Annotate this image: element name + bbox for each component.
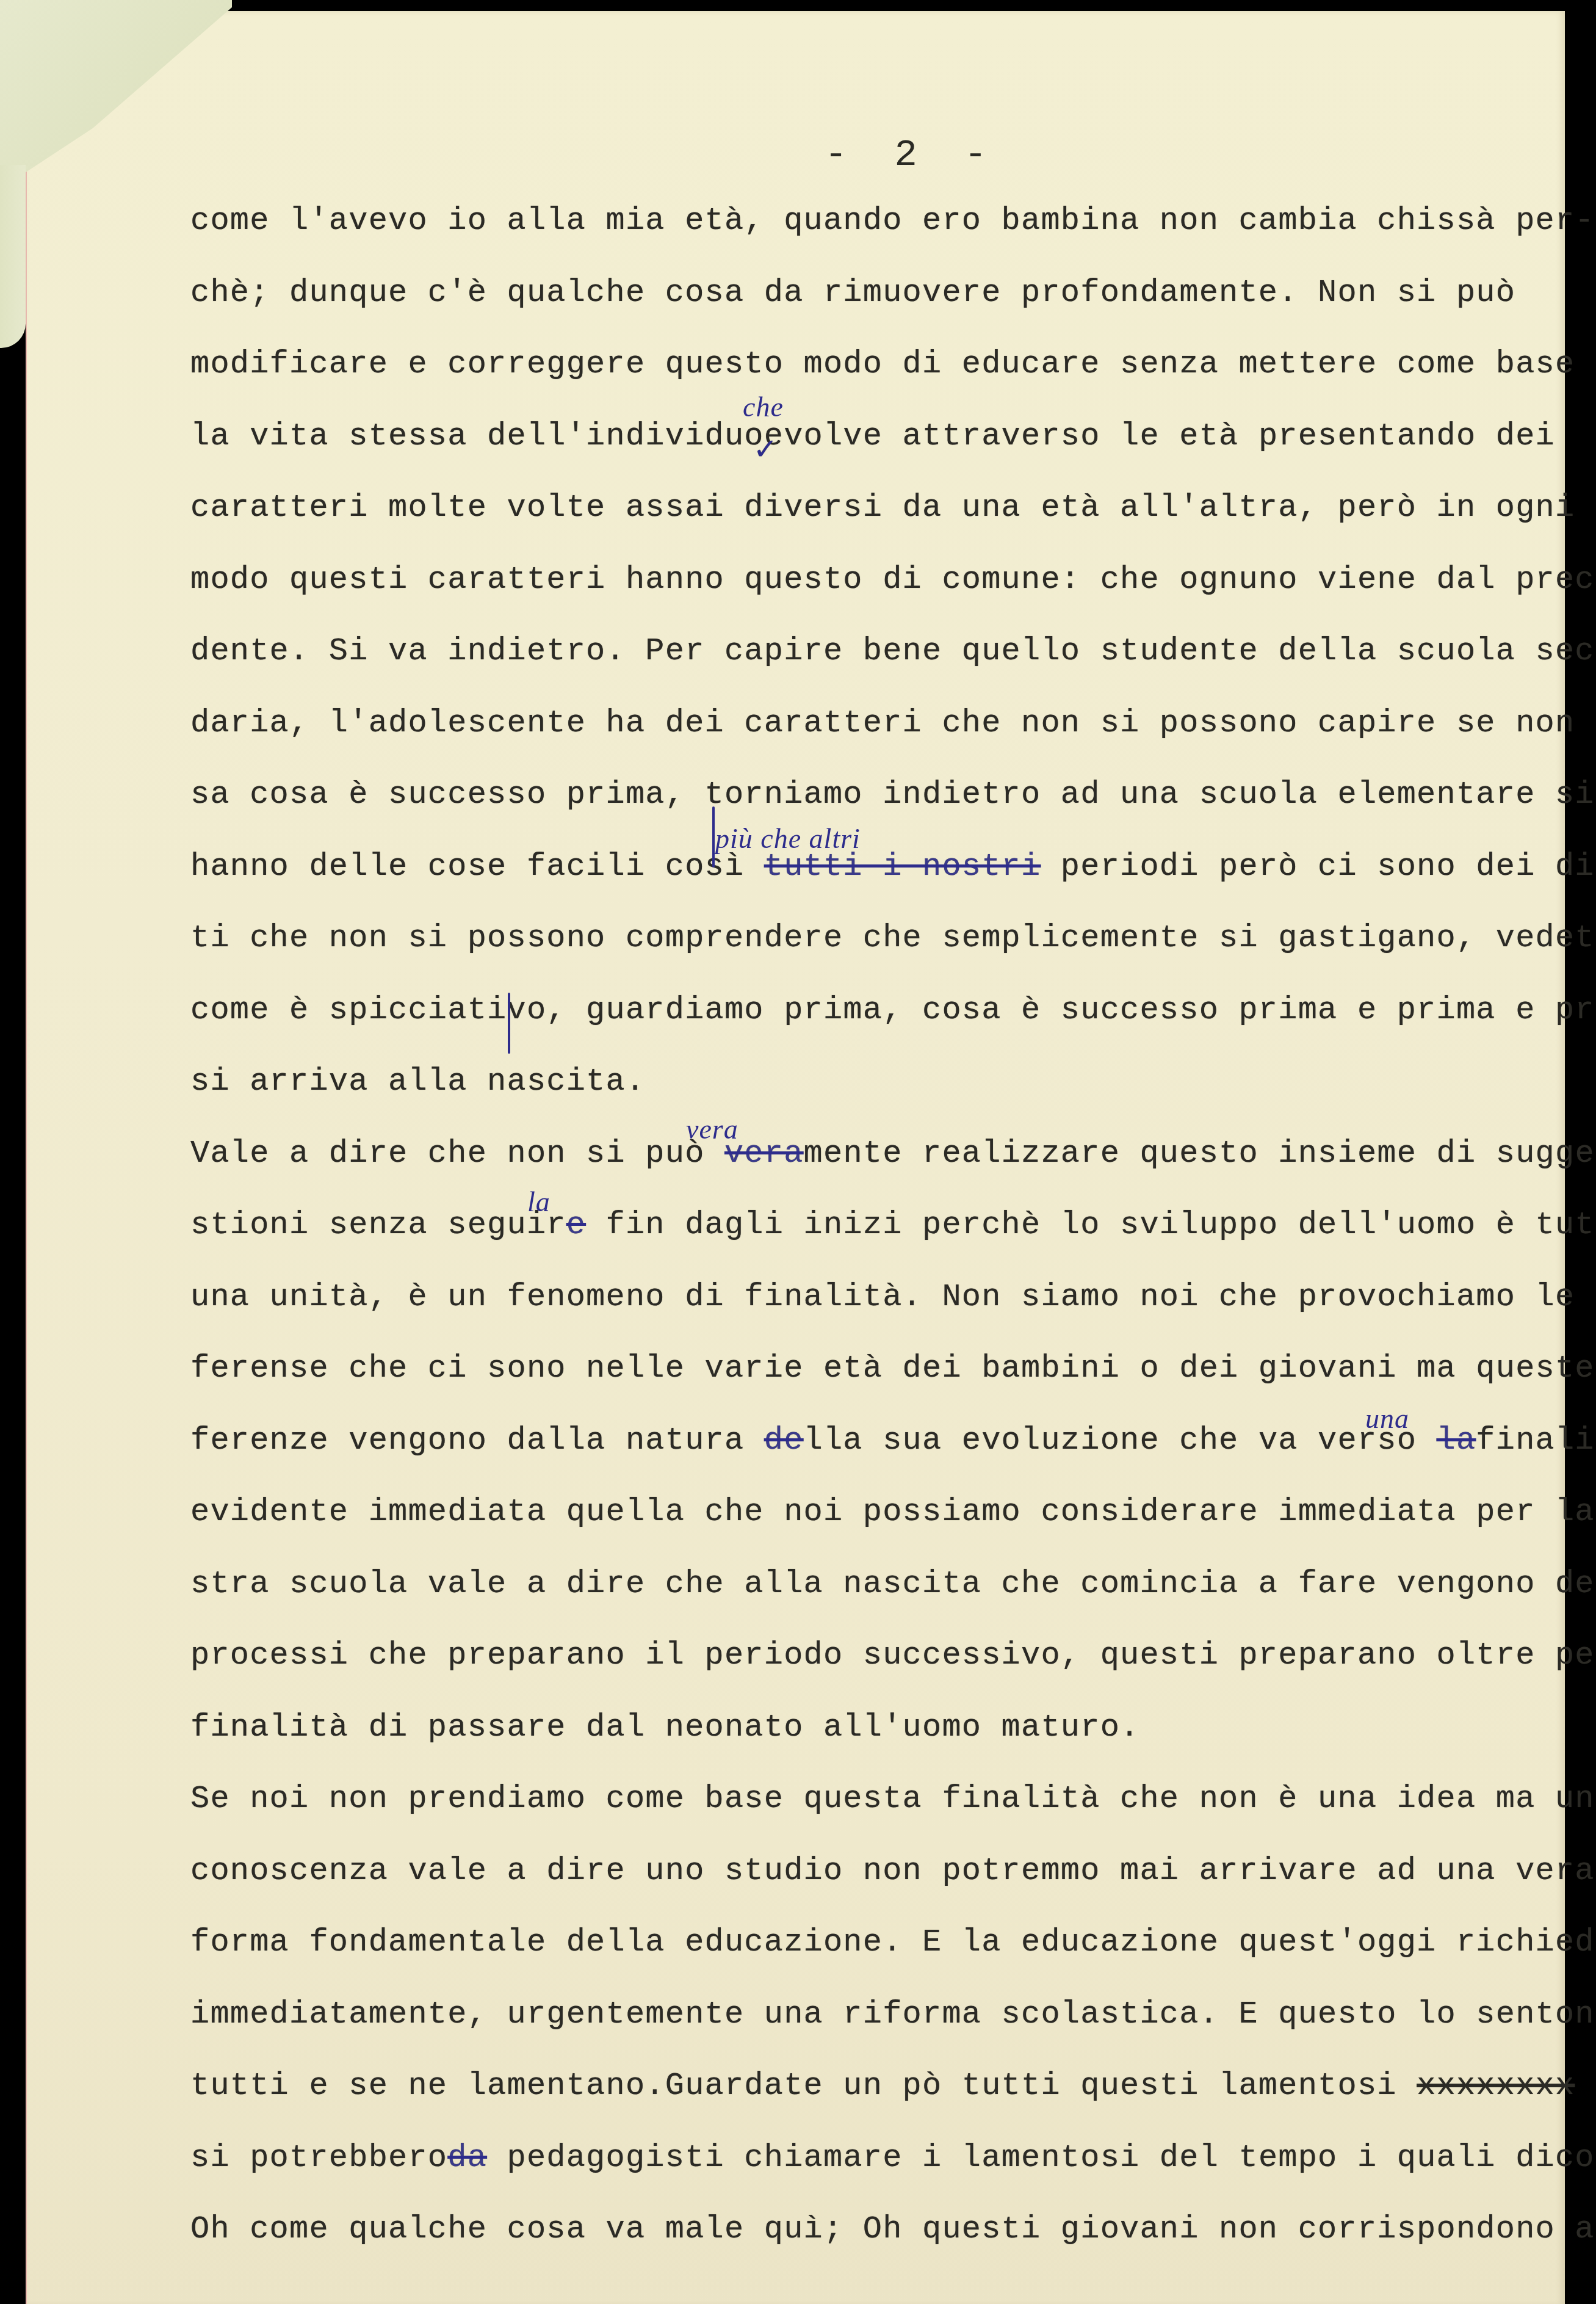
text-line-with-correction: come è spicciativo, guardiamo prima, cos… bbox=[190, 974, 1594, 1046]
text-line: modo questi caratteri hanno questo di co… bbox=[190, 544, 1594, 616]
text-segment: evolve attraverso le età presentando dei bbox=[764, 418, 1555, 454]
text-segment: la vita stessa dell'individuo bbox=[190, 418, 764, 454]
text-segment: finalità bbox=[1476, 1422, 1596, 1458]
handwritten-replacement: una bbox=[1365, 1383, 1409, 1455]
page-number: - 2 - bbox=[27, 133, 1596, 176]
text-line: Oh come qualche cosa va male quì; Oh que… bbox=[190, 2194, 1594, 2266]
text-line: sa cosa è successo prima, torniamo indie… bbox=[190, 759, 1594, 831]
text-line: immediatamente, urgentemente una riforma… bbox=[190, 1979, 1594, 2051]
struck-text: la bbox=[1437, 1422, 1476, 1458]
text-line-with-overstrike: tutti e se ne lamentano.Guardate un pò t… bbox=[190, 2050, 1594, 2122]
handwritten-insertion: la bbox=[527, 1166, 551, 1238]
text-line-with-correction: ferenze vengono dalla natura della sua e… bbox=[190, 1405, 1594, 1477]
text-line: evidente immediata quella che noi possia… bbox=[190, 1476, 1594, 1548]
text-line: daria, l'adolescente ha dei caratteri ch… bbox=[190, 687, 1594, 759]
struck-text: de bbox=[764, 1422, 804, 1458]
text-segment: come è spicciativo, guardiamo prima, cos… bbox=[190, 992, 1596, 1028]
text-segment: lla sua evoluzione che va verso bbox=[804, 1422, 1437, 1458]
text-segment: tutti e se ne lamentano.Guardate un pò t… bbox=[190, 2068, 1397, 2104]
text-line: dente. Si va indietro. Per capire bene q… bbox=[190, 615, 1594, 687]
text-segment: periodi però ci sono dei difet- bbox=[1041, 849, 1596, 885]
text-line-with-correction: hanno delle cose facili così tutti i nos… bbox=[190, 831, 1594, 903]
text-line: conoscenza vale a dire uno studio non po… bbox=[190, 1835, 1594, 1907]
correction-stroke bbox=[712, 806, 715, 868]
handwritten-replacement: vera bbox=[686, 1093, 738, 1165]
text-segment: hanno delle cose facili così bbox=[190, 849, 744, 885]
text-line: stra scuola vale a dire che alla nascita… bbox=[190, 1548, 1594, 1620]
text-segment: si potrebbero bbox=[190, 2140, 447, 2176]
typed-body: come l'avevo io alla mia età, quando ero… bbox=[190, 185, 1594, 2266]
text-segment: Vale a dire che non si può bbox=[190, 1136, 705, 1172]
text-line: modificare e correggere questo modo di e… bbox=[190, 328, 1594, 400]
text-line: si arriva alla nascita. bbox=[190, 1046, 1594, 1118]
text-segment: stioni senza seguir bbox=[190, 1207, 566, 1243]
text-segment: pedagogisti chiamare i lamentosi del tem… bbox=[487, 2140, 1596, 2176]
correction-stroke bbox=[508, 993, 510, 1054]
text-line: chè; dunque c'è qualche cosa da rimuover… bbox=[190, 257, 1594, 329]
overstruck-text: xxxxxxxx bbox=[1417, 2068, 1575, 2104]
text-line: finalità di passare dal neonato all'uomo… bbox=[190, 1692, 1594, 1764]
text-segment: mente realizzare questo insieme di sugge… bbox=[804, 1136, 1596, 1172]
text-segment: fin dagli inizi perchè lo sviluppo dell'… bbox=[586, 1207, 1596, 1243]
text-line: processi che preparano il periodo succes… bbox=[190, 1620, 1594, 1692]
handwritten-replacement: più che altri bbox=[715, 803, 861, 875]
text-line-with-insertion: la vita stessa dell'individuoevolve attr… bbox=[190, 400, 1594, 473]
text-segment: ferenze vengono dalla natura bbox=[190, 1422, 744, 1458]
typewritten-page: - 2 - come l'avevo io alla mia età, quan… bbox=[26, 11, 1565, 2304]
text-line: Se noi non prendiamo come base questa fi… bbox=[190, 1763, 1594, 1835]
text-line: come l'avevo io alla mia età, quando ero… bbox=[190, 185, 1594, 257]
struck-text: e bbox=[566, 1207, 586, 1243]
struck-text: da bbox=[447, 2140, 487, 2176]
text-line: forma fondamentale della educazione. E l… bbox=[190, 1907, 1594, 1979]
text-line-with-correction: si potrebberoda pedagogisti chiamare i l… bbox=[190, 2122, 1594, 2194]
text-line-with-correction: Vale a dire che non si può veramente rea… bbox=[190, 1118, 1594, 1190]
text-line: caratteri molte volte assai diversi da u… bbox=[190, 472, 1594, 544]
text-line-with-correction: stioni senza seguire fin dagli inizi per… bbox=[190, 1189, 1594, 1261]
text-line: una unità, è un fenomeno di finalità. No… bbox=[190, 1261, 1594, 1333]
underlying-page-edge bbox=[0, 165, 26, 348]
text-line: ti che non si possono comprendere che se… bbox=[190, 902, 1594, 974]
